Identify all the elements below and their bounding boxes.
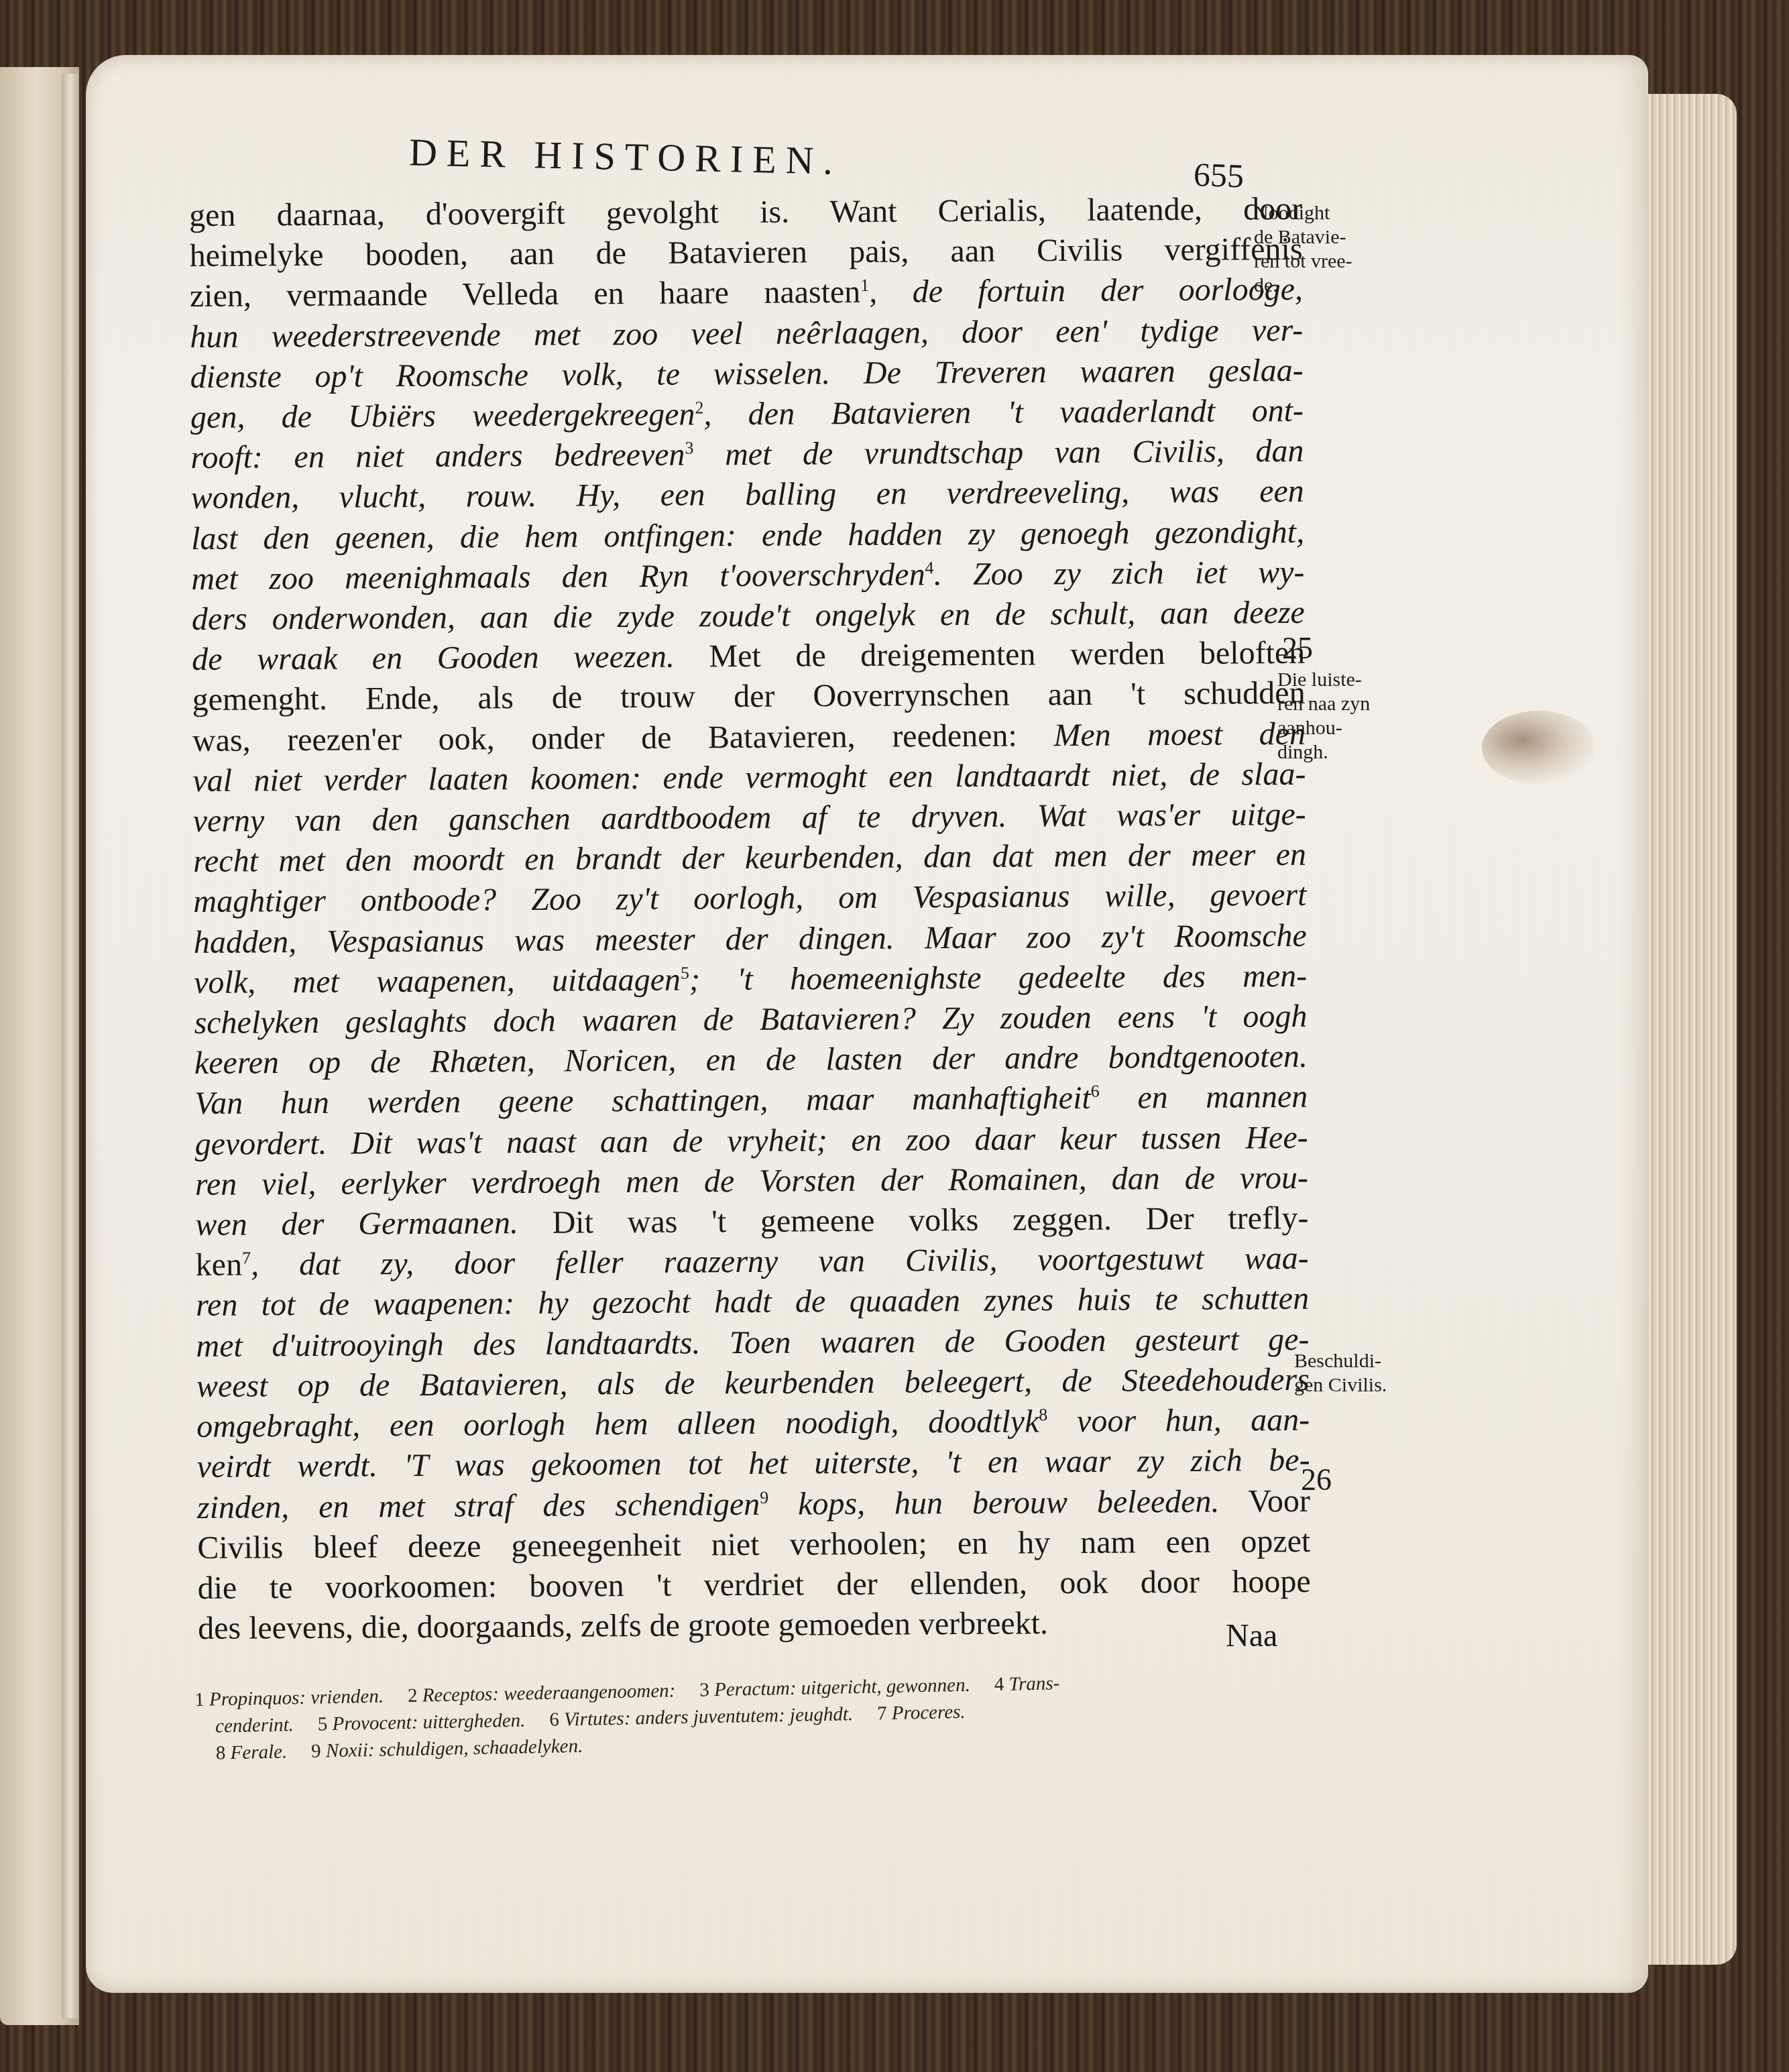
foxing-stain xyxy=(1482,711,1596,785)
text-line: zinden, en met straf des schendigen9 kop… xyxy=(197,1481,1310,1528)
footnote-number: 8 xyxy=(216,1742,231,1764)
text-run: de wraak en Gooden weezen. xyxy=(192,639,675,677)
text-run: zinden, en met straf des schendigen xyxy=(197,1486,760,1525)
footnote: 7 Proceres. xyxy=(877,1701,966,1725)
footnote-number: 9 xyxy=(311,1740,326,1762)
text-line: schelyken geslaghts doch waaren de Batav… xyxy=(194,996,1307,1043)
text-run: verny van den ganschen aardtboodem af te… xyxy=(193,797,1306,839)
footnote-text: Provocent: uittergheden. xyxy=(332,1710,525,1735)
footnote-ref: 3 xyxy=(685,439,693,458)
text-line: recht met den moordt en brandt der keurb… xyxy=(193,835,1306,882)
footnote: 9 Noxii: schuldigen, schaadelyken. xyxy=(311,1735,583,1762)
text-line: was, reezen'er ook, onder de Batavieren,… xyxy=(192,713,1306,760)
footnote-ref: 8 xyxy=(1039,1405,1047,1424)
footnote-number: 1 xyxy=(194,1689,209,1711)
footnote-text: cenderint. xyxy=(215,1714,294,1737)
body-text: gen daarnaa, d'oovergift gevolght is. Wa… xyxy=(189,189,1311,1649)
margin-note-line: de Batavie- xyxy=(1254,225,1352,249)
text-run: schelyken geslaghts doch waaren de Batav… xyxy=(194,998,1307,1041)
text-line: ders onderwonden, aan die zyde zoude't o… xyxy=(192,593,1305,640)
text-run: rooft: en niet anders bedreeven xyxy=(190,437,685,476)
footnote: 2 Receptos: weederaangenoomen: xyxy=(408,1680,676,1707)
footnote-number: 2 xyxy=(408,1684,422,1706)
footnote-text: Virtutes: anders juventutem: jeughdt. xyxy=(564,1703,854,1730)
footnote-ref: 5 xyxy=(681,963,689,982)
text-run: , dat zy, door feller raazerny van Civil… xyxy=(251,1241,1309,1283)
text-run: . Zoo zy zich iet wy- xyxy=(933,555,1304,592)
text-line: verny van den ganschen aardtboodem af te… xyxy=(193,795,1306,842)
footnote-text: Peractum: uitgericht, gewonnen. xyxy=(714,1674,970,1701)
footnote-text: Noxii: schuldigen, schaadelyken. xyxy=(326,1735,583,1762)
margin-note-line: Die luiste- xyxy=(1277,668,1370,692)
footnote-ref: 4 xyxy=(925,558,933,577)
text-run: die te voorkoomen: booven 't verdriet de… xyxy=(198,1564,1311,1606)
text-run: dienste op't Roomsche volk, te wisselen.… xyxy=(190,353,1303,395)
footnote-number: 6 xyxy=(549,1709,564,1730)
text-run: , de fortuin der oorlooge, xyxy=(869,272,1303,310)
margin-note-line: ren naa zyn xyxy=(1277,692,1370,716)
text-run: val niet verder laaten koomen: ende verm… xyxy=(192,756,1306,799)
text-run: hun weederstreevende met zoo veel neêrla… xyxy=(190,312,1303,354)
text-run: ; 't hoemeenighste gedeelte des men- xyxy=(689,958,1308,998)
text-line: gen, de Ubiërs weedergekreegen2, den Bat… xyxy=(190,391,1304,438)
text-run: last den geenen, die hem ontfingen: ende… xyxy=(191,514,1304,556)
footnote: 3 Peractum: uitgericht, gewonnen. xyxy=(699,1674,970,1701)
text-line: de wraak en Gooden weezen. Met de dreige… xyxy=(192,633,1305,680)
text-run: recht met den moordt en brandt der keurb… xyxy=(193,837,1306,879)
text-run: maghtiger ontboode? Zoo zy't oorlogh, om… xyxy=(193,877,1306,919)
text-run: gen, de Ubiërs weedergekreegen xyxy=(190,396,695,435)
footnote: 6 Virtutes: anders juventutem: jeughdt. xyxy=(549,1703,853,1731)
text-line: hadden, Vespasianus was meester der ding… xyxy=(194,915,1307,962)
text-line: wen der Germaanen. Dit was 't gemeene vo… xyxy=(195,1198,1308,1245)
text-run: ders onderwonden, aan die zyde zoude't o… xyxy=(192,595,1305,637)
text-line: gen daarnaa, d'oovergift gevolght is. Wa… xyxy=(189,189,1302,236)
margin-note-line: Beschuldi- xyxy=(1294,1349,1387,1373)
text-run: zien, vermaande Velleda en haare naasten xyxy=(190,274,861,314)
footnote-ref: 6 xyxy=(1091,1082,1100,1101)
text-run: Met de dreigementen werden beloften xyxy=(675,635,1306,675)
footnote-ref: 1 xyxy=(860,276,869,295)
footnote-number: 4 xyxy=(994,1674,1008,1695)
text-run: keeren op de Rhæten, Noricen, en de last… xyxy=(194,1039,1308,1081)
text-line: die te voorkoomen: booven 't verdriet de… xyxy=(198,1562,1311,1609)
margin-note-line: de. xyxy=(1254,274,1352,298)
text-run: gemenght. Ende, als de trouw der Ooverry… xyxy=(192,675,1305,717)
footnote: 1 Propinquos: vrienden. xyxy=(194,1686,384,1711)
left-page-edge xyxy=(62,74,79,2018)
text-line: veirdt werdt. 'T was gekoomen tot het ui… xyxy=(196,1440,1310,1487)
text-line: last den geenen, die hem ontfingen: ende… xyxy=(191,512,1304,559)
text-run: was, reezen'er ook, onder de Batavieren,… xyxy=(192,717,1017,758)
text-run: wonden, vlucht, rouw. Hy, een balling en… xyxy=(191,473,1304,516)
footnote-number: 3 xyxy=(699,1679,714,1701)
text-run: kops, hun berouw beleeden. xyxy=(768,1483,1220,1521)
text-line: keeren op de Rhæten, Noricen, en de last… xyxy=(194,1037,1308,1084)
text-run: , den Batavieren 't vaaderlandt ont- xyxy=(703,393,1304,432)
section-number-25: 25 xyxy=(1282,630,1313,666)
text-run: heimelyke booden, aan de Batavieren pais… xyxy=(189,231,1302,274)
margin-note-line: dingh. xyxy=(1277,740,1370,764)
margin-note-line: Noodight xyxy=(1254,201,1352,225)
text-line: des leevens, die, doorgaands, zelfs de g… xyxy=(198,1602,1311,1649)
margin-note-line: gen Civilis. xyxy=(1294,1373,1387,1397)
text-line: wonden, vlucht, rouw. Hy, een balling en… xyxy=(191,471,1304,518)
text-run: omgebraght, een oorlogh hem alleen noodi… xyxy=(196,1403,1039,1444)
footnote-text: Propinquos: vrienden. xyxy=(209,1686,384,1711)
text-run: weest op de Batavieren, als de keurbende… xyxy=(196,1362,1310,1404)
text-line: met d'uitrooyingh des landtaardts. Toen … xyxy=(196,1320,1309,1367)
text-run: hadden, Vespasianus was meester der ding… xyxy=(194,917,1307,960)
text-run: Civilis bleef deeze geneegenheit niet ve… xyxy=(197,1523,1310,1566)
text-run: Van hun werden geene schattingen, maar m… xyxy=(194,1080,1091,1121)
text-line: rooft: en niet anders bedreeven3 met de … xyxy=(190,431,1304,478)
text-run: en mannen xyxy=(1100,1079,1308,1116)
margin-note-beschuldigen: Beschuldi- gen Civilis. xyxy=(1294,1349,1387,1397)
text-line: volk, met waapenen, uitdaagen5; 't hoeme… xyxy=(194,956,1307,1003)
text-run: met zoo meenighmaals den Ryn t'ooverschr… xyxy=(191,557,925,597)
text-line: Civilis bleef deeze geneegenheit niet ve… xyxy=(197,1521,1310,1568)
text-line: gevordert. Dit was't naast aan de vryhei… xyxy=(194,1118,1308,1165)
margin-note-line: ren tot vree- xyxy=(1254,249,1352,274)
text-run: Dit was 't gemeene volks zeggen. Der tre… xyxy=(518,1200,1309,1241)
margin-note-die-luisteren: Die luiste- ren naa zyn aanhou- dingh. xyxy=(1277,668,1370,764)
text-line: weest op de Batavieren, als de keurbende… xyxy=(196,1360,1310,1407)
text-line: ren tot de waapenen: hy gezocht hadt de … xyxy=(196,1279,1309,1326)
text-line: hun weederstreevende met zoo veel neêrla… xyxy=(190,310,1303,357)
text-run: veirdt werdt. 'T was gekoomen tot het ui… xyxy=(196,1442,1310,1485)
footnote-text: Trans- xyxy=(1008,1672,1059,1694)
footnote: 5 Provocent: uittergheden. xyxy=(318,1710,526,1735)
text-line: omgebraght, een oorlogh hem alleen noodi… xyxy=(196,1400,1310,1447)
text-run: met de vrundtschap van Civilis, dan xyxy=(693,433,1304,473)
footnote-text: Ferale. xyxy=(230,1741,287,1764)
text-line: dienste op't Roomsche volk, te wisselen.… xyxy=(190,351,1303,398)
text-line: met zoo meenighmaals den Ryn t'ooverschr… xyxy=(191,553,1304,599)
text-run: voor hun, aan- xyxy=(1047,1402,1310,1439)
footnote-number: 7 xyxy=(877,1703,892,1724)
text-run: wen der Germaanen. xyxy=(195,1205,518,1243)
text-line: heimelyke booden, aan de Batavieren pais… xyxy=(189,229,1302,276)
footnote-text: Proceres. xyxy=(892,1701,966,1724)
margin-note-line: aanhou- xyxy=(1277,716,1370,740)
text-run: ren tot de waapenen: hy gezocht hadt de … xyxy=(196,1281,1309,1323)
text-run: Men moest den xyxy=(1017,715,1306,753)
text-run: ken xyxy=(196,1247,243,1283)
text-run: ren viel, eerlyker verdroegh men de Vors… xyxy=(195,1160,1308,1202)
footnote-ref: 9 xyxy=(760,1487,768,1507)
text-run: gen daarnaa, d'oovergift gevolght is. Wa… xyxy=(189,191,1302,233)
margin-note-noodight: Noodight de Batavie- ren tot vree- de. xyxy=(1254,201,1352,298)
text-run: Voor xyxy=(1219,1483,1310,1519)
text-line: ren viel, eerlyker verdroegh men de Vors… xyxy=(195,1158,1308,1205)
footnote: 8 Ferale. xyxy=(216,1741,288,1764)
catchword: Naa xyxy=(1226,1617,1277,1654)
text-line: gemenght. Ende, als de trouw der Ooverry… xyxy=(192,673,1305,720)
footnote: 4 Trans- xyxy=(994,1672,1059,1695)
text-run: volk, met waapenen, uitdaagen xyxy=(194,962,681,1000)
footnote-text: Receptos: weederaangenoomen: xyxy=(422,1680,675,1706)
running-head: DER HISTORIEN. xyxy=(408,129,842,184)
text-line: zien, vermaande Velleda en haare naasten… xyxy=(190,270,1303,316)
text-line: Van hun werden geene schattingen, maar m… xyxy=(194,1077,1308,1124)
text-line: val niet verder laaten koomen: ende verm… xyxy=(192,754,1306,801)
text-run: met d'uitrooyingh des landtaardts. Toen … xyxy=(196,1322,1309,1364)
text-line: maghtiger ontboode? Zoo zy't oorlogh, om… xyxy=(193,875,1306,922)
footnote-number: 5 xyxy=(318,1713,333,1735)
footnote-ref: 7 xyxy=(242,1249,251,1268)
footnote-ref: 2 xyxy=(695,398,703,417)
text-run: des leevens, die, doorgaands, zelfs de g… xyxy=(198,1605,1048,1646)
footnote: cenderint. xyxy=(215,1714,294,1737)
section-number-26: 26 xyxy=(1301,1462,1332,1497)
text-run: gevordert. Dit was't naast aan de vryhei… xyxy=(194,1120,1308,1162)
text-line: ken7, dat zy, door feller raazerny van C… xyxy=(196,1239,1309,1285)
